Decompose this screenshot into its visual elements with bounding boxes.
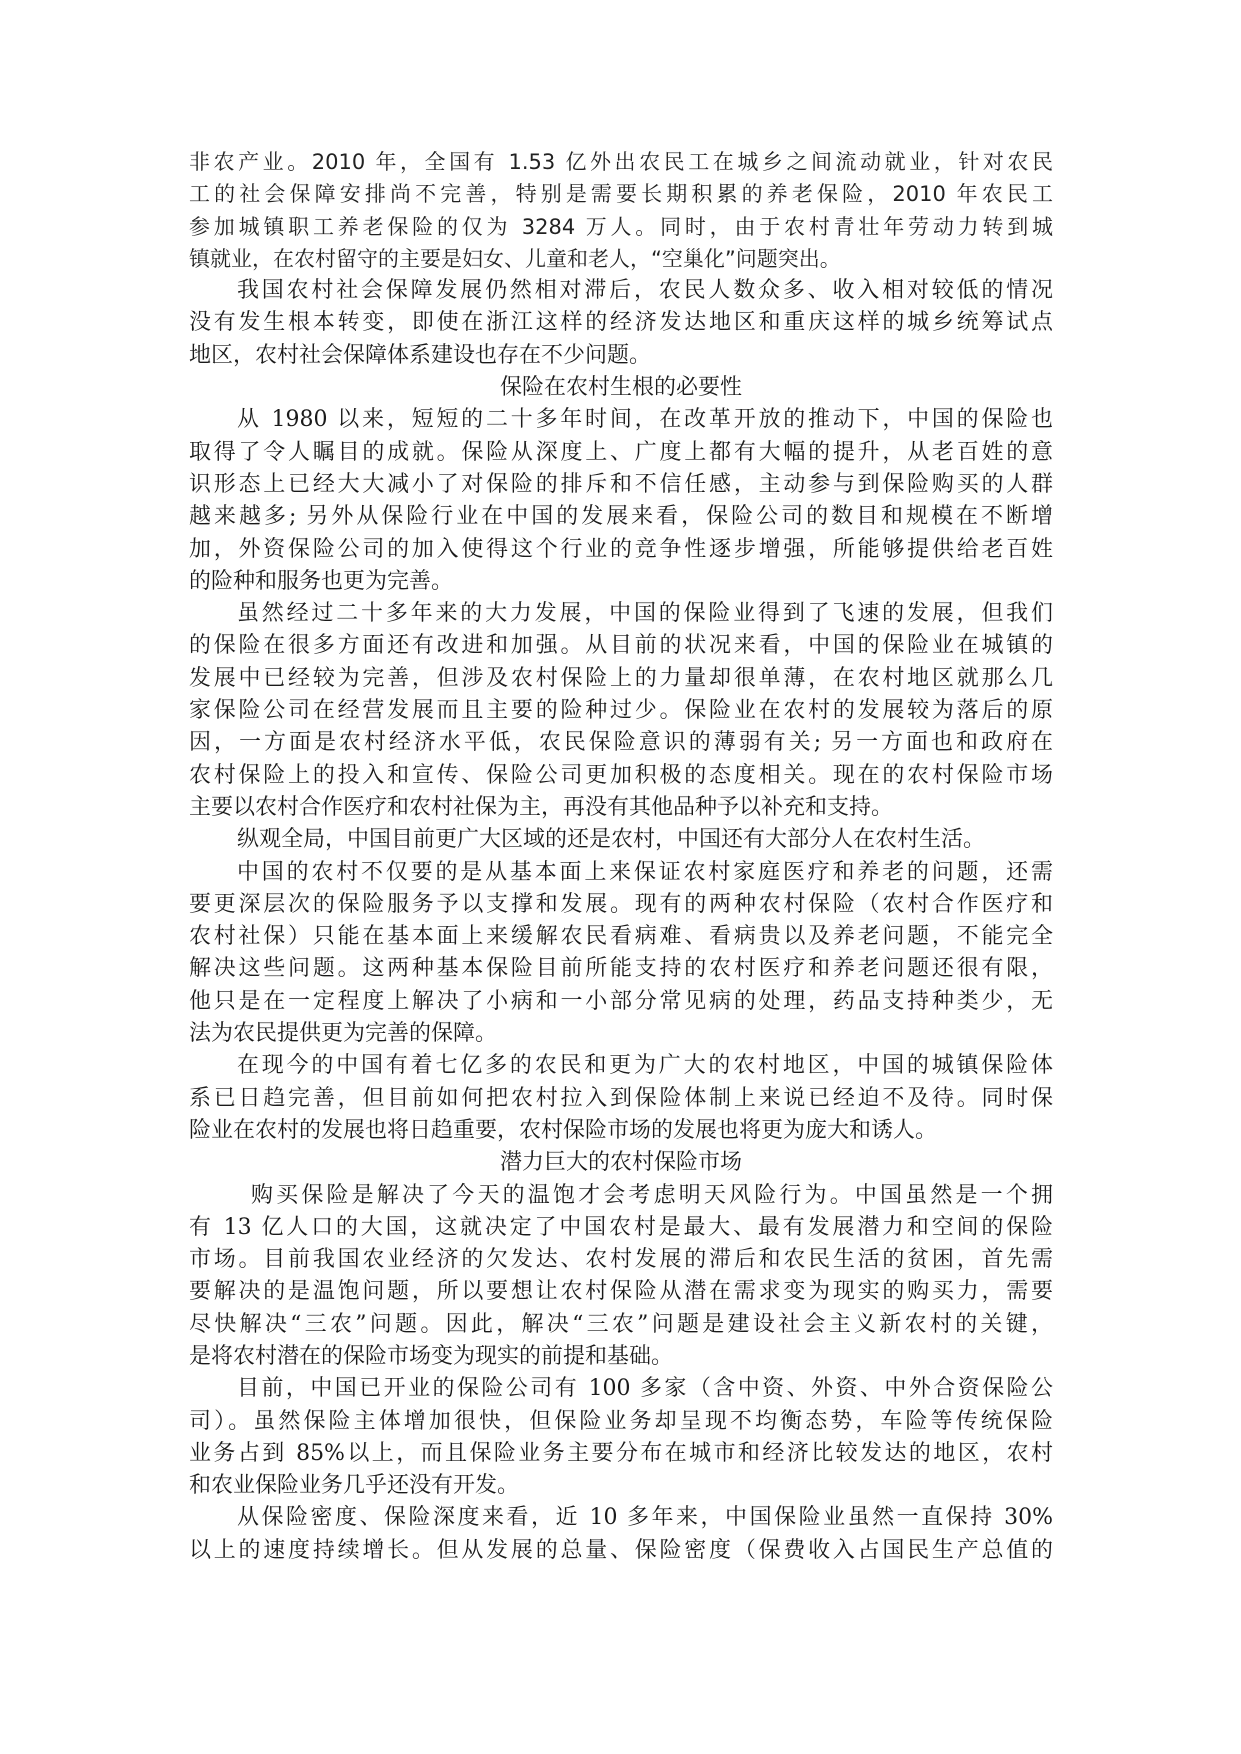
paragraph-line: 从 1980 以来，短短的二十多年时间，在改革开放的推动下，中国的保险也	[189, 404, 1053, 436]
text-column: 非农产业。2010 年，全国有 1.53 亿外出农民工在城乡之间流动就业，针对农…	[189, 146, 1053, 1567]
paragraph: 非农产业。2010 年，全国有 1.53 亿外出农民工在城乡之间流动就业，针对农…	[189, 146, 1053, 275]
heading-text: 潜力巨大的农村保险市场	[189, 1147, 1053, 1179]
paragraph-line: 发展中已经较为完善，但涉及农村保险上的力量却很单薄，在农村地区就那么几	[189, 663, 1053, 695]
paragraph-line: 的险种和服务也更为完善。	[189, 566, 1053, 598]
paragraph-line: 参加城镇职工养老保险的仅为 3284 万人。同时，由于农村青壮年劳动力转到城	[189, 211, 1053, 243]
paragraph-line: 农村社保）只能在基本面上来缓解农民看病难、看病贵以及养老问题，不能完全	[189, 921, 1053, 953]
paragraph-line: 他只是在一定程度上解决了小病和一小部分常见病的处理，药品支持种类少，无	[189, 986, 1053, 1018]
paragraph-line: 业务占到 85%以上，而且保险业务主要分布在城市和经济比较发达的地区，农村	[189, 1438, 1053, 1470]
paragraph-line: 越来越多; 另外从保险行业在中国的发展来看，保险公司的数目和规模在不断增	[189, 501, 1053, 533]
document-page: 非农产业。2010 年，全国有 1.53 亿外出农民工在城乡之间流动就业，针对农…	[0, 0, 1241, 1754]
paragraph-line: 纵观全局，中国目前更广大区域的还是农村，中国还有大部分人在农村生活。	[189, 824, 1053, 856]
paragraph: 在现今的中国有着七亿多的农民和更为广大的农村地区，中国的城镇保险体系已日趋完善，…	[189, 1050, 1053, 1147]
paragraph-line: 主要以农村合作医疗和农村社保为主，再没有其他品种予以补充和支持。	[189, 792, 1053, 824]
paragraph-line: 从保险密度、保险深度来看，近 10 多年来，中国保险业虽然一直保持 30%	[189, 1502, 1053, 1534]
paragraph: 从保险密度、保险深度来看，近 10 多年来，中国保险业虽然一直保持 30%以上的…	[189, 1502, 1053, 1567]
paragraph-line: 法为农民提供更为完善的保障。	[189, 1018, 1053, 1050]
paragraph-line: 的保险在很多方面还有改进和加强。从目前的状况来看，中国的保险业在城镇的	[189, 630, 1053, 662]
paragraph-line: 目前，中国已开业的保险公司有 100 多家（含中资、外资、中外合资保险公	[189, 1373, 1053, 1405]
paragraph: 购买保险是解决了今天的温饱才会考虑明天风险行为。中国虽然是一个拥有 13 亿人口…	[189, 1180, 1053, 1374]
paragraph-line: 要更深层次的保险服务予以支撑和发展。现有的两种农村保险（农村合作医疗和	[189, 889, 1053, 921]
paragraph-line: 农村保险上的投入和宣传、保险公司更加积极的态度相关。现在的农村保险市场	[189, 760, 1053, 792]
paragraph-line: 工的社会保障安排尚不完善，特别是需要长期积累的养老保险，2010 年农民工	[189, 178, 1053, 210]
paragraph-line: 没有发生根本转变，即使在浙江这样的经济发达地区和重庆这样的城乡统筹试点	[189, 307, 1053, 339]
paragraph-line: 非农产业。2010 年，全国有 1.53 亿外出农民工在城乡之间流动就业，针对农…	[189, 146, 1053, 178]
paragraph-line: 尽快解决“三农”问题。因此，解决“三农”问题是建设社会主义新农村的关键，	[189, 1309, 1053, 1341]
paragraph-line: 解决这些问题。这两种基本保险目前所能支持的农村医疗和养老问题还很有限，	[189, 953, 1053, 985]
paragraph: 纵观全局，中国目前更广大区域的还是农村，中国还有大部分人在农村生活。	[189, 824, 1053, 856]
heading-text: 保险在农村生根的必要性	[189, 372, 1053, 404]
paragraph-line: 家保险公司在经营发展而且主要的险种过少。保险业在农村的发展较为落后的原	[189, 695, 1053, 727]
paragraph-line: 在现今的中国有着七亿多的农民和更为广大的农村地区，中国的城镇保险体	[189, 1050, 1053, 1082]
paragraph-line: 险业在农村的发展也将日趋重要，农村保险市场的发展也将更为庞大和诱人。	[189, 1115, 1053, 1147]
paragraph: 我国农村社会保障发展仍然相对滞后，农民人数众多、收入相对较低的情况没有发生根本转…	[189, 275, 1053, 372]
paragraph: 虽然经过二十多年来的大力发展，中国的保险业得到了飞速的发展，但我们的保险在很多方…	[189, 598, 1053, 824]
section-heading: 保险在农村生根的必要性	[189, 372, 1053, 404]
paragraph-line: 有 13 亿人口的大国，这就决定了中国农村是最大、最有发展潜力和空间的保险	[189, 1212, 1053, 1244]
paragraph-line: 加，外资保险公司的加入使得这个行业的竞争性逐步增强，所能够提供给老百姓	[189, 534, 1053, 566]
paragraph-line: 中国的农村不仅要的是从基本面上来保证农村家庭医疗和养老的问题，还需	[189, 857, 1053, 889]
paragraph-line: 要解决的是温饱问题，所以要想让农村保险从潜在需求变为现实的购买力，需要	[189, 1276, 1053, 1308]
paragraph-line: 镇就业，在农村留守的主要是妇女、儿童和老人，“空巢化”问题突出。	[189, 243, 1053, 275]
paragraph-line: 识形态上已经大大减小了对保险的排斥和不信任感，主动参与到保险购买的人群	[189, 469, 1053, 501]
paragraph-line: 虽然经过二十多年来的大力发展，中国的保险业得到了飞速的发展，但我们	[189, 598, 1053, 630]
paragraph: 从 1980 以来，短短的二十多年时间，在改革开放的推动下，中国的保险也取得了令…	[189, 404, 1053, 598]
section-heading: 潜力巨大的农村保险市场	[189, 1147, 1053, 1179]
paragraph-line: 司）。虽然保险主体增加很快，但保险业务却呈现不均衡态势，车险等传统保险	[189, 1406, 1053, 1438]
paragraph-line: 地区，农村社会保障体系建设也存在不少问题。	[189, 340, 1053, 372]
paragraph-line: 我国农村社会保障发展仍然相对滞后，农民人数众多、收入相对较低的情况	[189, 275, 1053, 307]
paragraph: 目前，中国已开业的保险公司有 100 多家（含中资、外资、中外合资保险公司）。虽…	[189, 1373, 1053, 1502]
paragraph-line: 因，一方面是农村经济水平低，农民保险意识的薄弱有关; 另一方面也和政府在	[189, 727, 1053, 759]
paragraph-line: 是将农村潜在的保险市场变为现实的前提和基础。	[189, 1341, 1053, 1373]
paragraph-line: 系已日趋完善，但目前如何把农村拉入到保险体制上来说已经迫不及待。同时保	[189, 1083, 1053, 1115]
paragraph-line: 购买保险是解决了今天的温饱才会考虑明天风险行为。中国虽然是一个拥	[189, 1180, 1053, 1212]
paragraph-line: 市场。目前我国农业经济的欠发达、农村发展的滞后和农民生活的贫困，首先需	[189, 1244, 1053, 1276]
paragraph-line: 和农业保险业务几乎还没有开发。	[189, 1470, 1053, 1502]
paragraph: 中国的农村不仅要的是从基本面上来保证农村家庭医疗和养老的问题，还需要更深层次的保…	[189, 857, 1053, 1051]
paragraph-line: 取得了令人瞩目的成就。保险从深度上、广度上都有大幅的提升，从老百姓的意	[189, 437, 1053, 469]
paragraph-line: 以上的速度持续增长。但从发展的总量、保险密度（保费收入占国民生产总值的	[189, 1535, 1053, 1567]
